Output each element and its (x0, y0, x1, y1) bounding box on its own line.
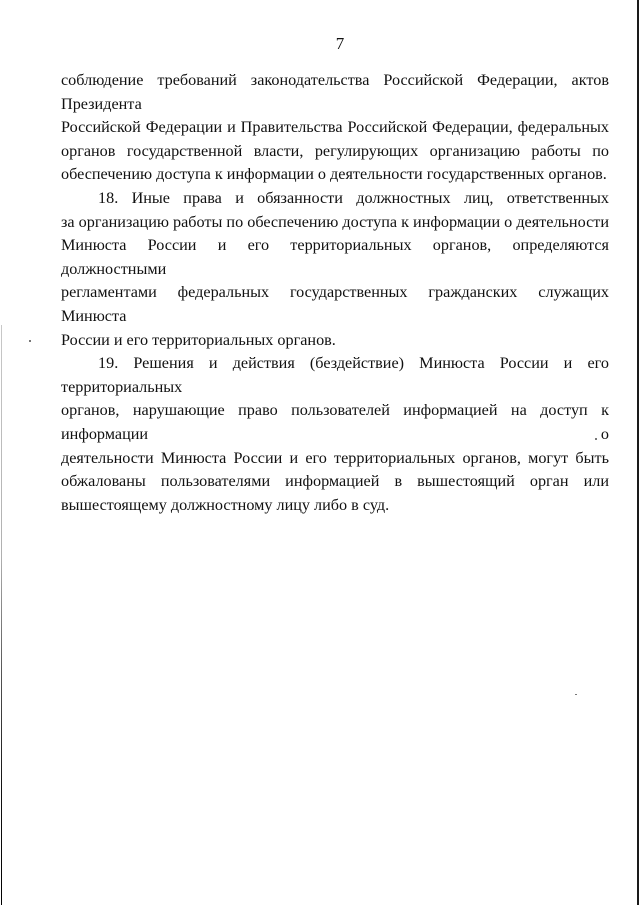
text-line: органов государственной власти, регулиру… (61, 140, 609, 164)
paragraph-item-19: 19. Решения и действия (бездействие) Мин… (61, 352, 609, 517)
text-line: соблюдение требований законодательства Р… (61, 69, 609, 116)
scan-edge-left (1, 325, 2, 905)
text-line: вышестоящему должностному лицу либо в су… (61, 494, 609, 518)
text-line: обжалованы пользователями информацией в … (61, 470, 609, 494)
document-page: 7 соблюдение требований законодательства… (0, 0, 640, 905)
text-line: Российской Федерации и Правительства Рос… (61, 116, 609, 140)
text-line: органов, нарушающие право пользователей … (61, 399, 609, 446)
text-line: деятельности Минюста России и его террит… (61, 447, 609, 471)
paragraph-item-18: 18. Иные права и обязанности должностных… (61, 187, 609, 352)
text-line: 19. Решения и действия (бездействие) Мин… (61, 352, 609, 399)
text-line: Минюста России и его территориальных орг… (61, 234, 609, 281)
scan-speck (29, 340, 31, 342)
page-number: 7 (0, 34, 640, 54)
text-line: за организацию работы по обеспечению дос… (61, 211, 609, 235)
text-line: 18. Иные права и обязанности должностных… (61, 187, 609, 211)
paragraph-continuation: соблюдение требований законодательства Р… (61, 69, 609, 187)
scan-speck (575, 694, 577, 695)
text-line: обеспечению доступа к информации о деяте… (61, 163, 609, 187)
document-body: соблюдение требований законодательства Р… (61, 69, 609, 517)
text-line: регламентами федеральных государственных… (61, 281, 609, 328)
scan-edge-right (637, 0, 639, 905)
text-line: России и его территориальных органов. (61, 329, 609, 353)
